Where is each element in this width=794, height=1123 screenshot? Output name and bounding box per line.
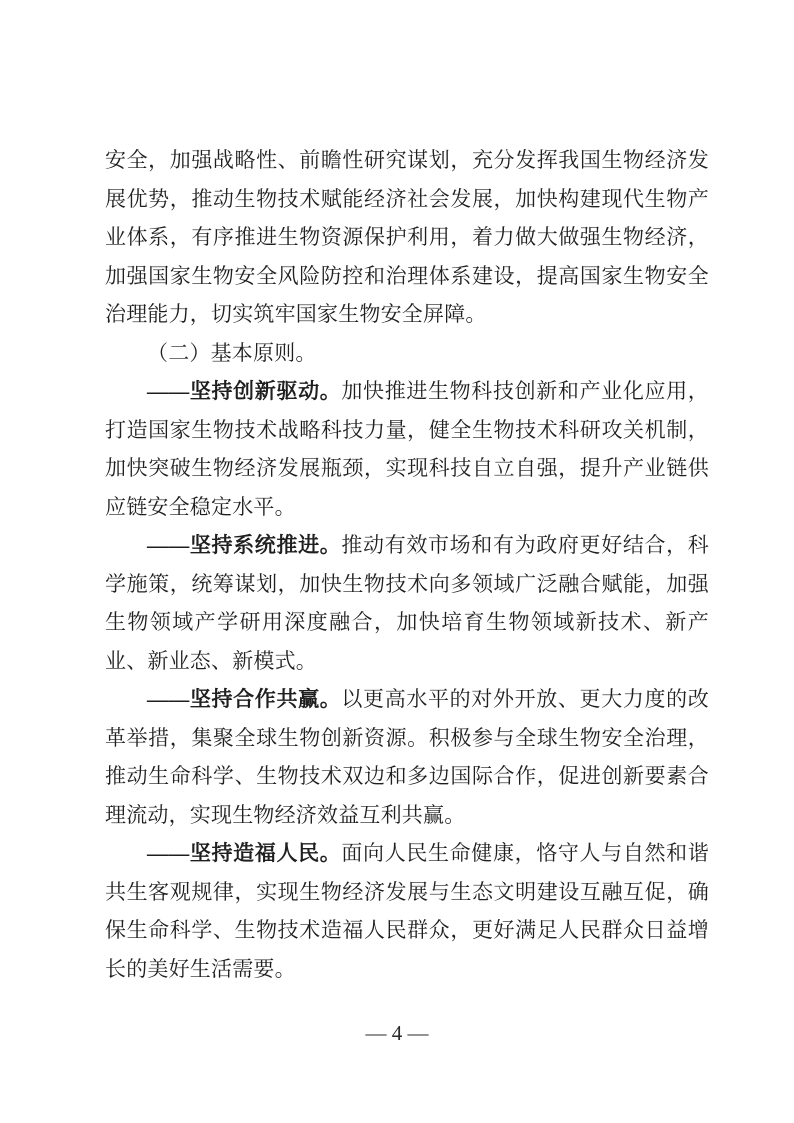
- paragraph-principle-people: ——坚持造福人民。面向人民生命健康，恪守人与自然和谐共生客观规律，实现生物经济发…: [105, 834, 709, 988]
- paragraph-text: 安全，加强战略性、前瞻性研究谋划，充分发挥我国生物经济发展优势，推动生物技术赋能…: [105, 148, 709, 326]
- paragraph-continuation: 安全，加强战略性、前瞻性研究谋划，充分发挥我国生物经济发展优势，推动生物技术赋能…: [105, 141, 709, 334]
- paragraph-principle-cooperation: ——坚持合作共赢。以更高水平的对外开放、更大力度的改革举措，集聚全球生物创新资源…: [105, 680, 709, 834]
- paragraph-lead-bold: ——坚持合作共赢。: [147, 687, 341, 711]
- document-body: 安全，加强战略性、前瞻性研究谋划，充分发挥我国生物经济发展优势，推动生物技术赋能…: [105, 141, 709, 988]
- paragraph-principle-innovation: ——坚持创新驱动。加快推进生物科技创新和产业化应用，打造国家生物技术战略科技力量…: [105, 372, 709, 526]
- page-number: — 4 —: [366, 1021, 429, 1045]
- paragraph-principle-systematic: ——坚持系统推进。推动有效市场和有为政府更好结合，科学施策，统筹谋划，加快生物技…: [105, 526, 709, 680]
- section-heading-text: （二）基本原则。: [147, 341, 317, 365]
- paragraph-lead-bold: ——坚持造福人民。: [147, 841, 341, 865]
- paragraph-section-heading: （二）基本原则。: [105, 334, 709, 373]
- paragraph-lead-bold: ——坚持系统推进。: [147, 533, 341, 557]
- page-footer: — 4 —: [0, 1018, 794, 1048]
- document-page: 安全，加强战略性、前瞻性研究谋划，充分发挥我国生物经济发展优势，推动生物技术赋能…: [0, 0, 794, 1123]
- paragraph-lead-bold: ——坚持创新驱动。: [147, 379, 341, 403]
